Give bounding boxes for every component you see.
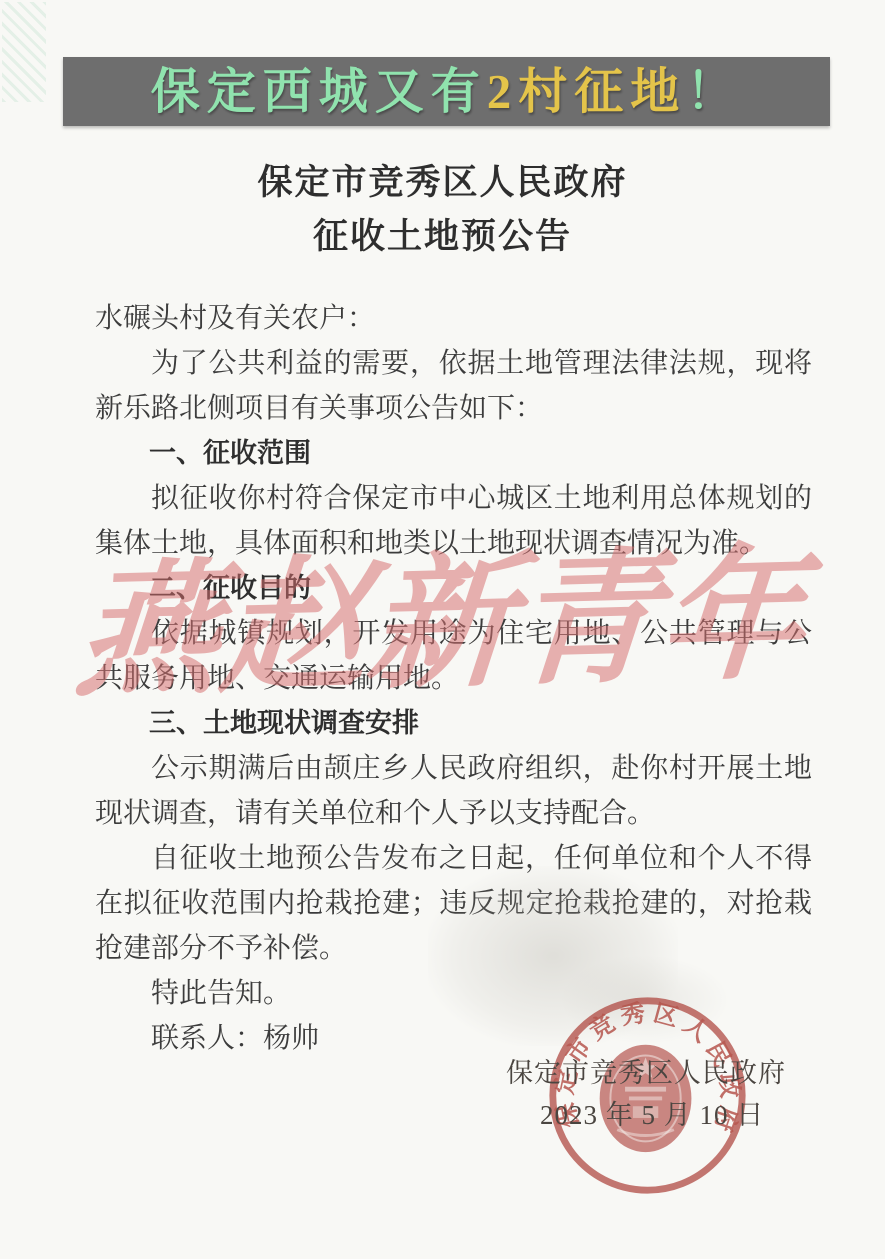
section-heading-2: 二、征收目的 <box>95 566 812 611</box>
signature-date: 2023 年 5 月 10 日 <box>540 1093 764 1132</box>
signature-org: 保定市竞秀区人民政府 <box>506 1051 786 1090</box>
corner-artifact <box>2 2 46 102</box>
headline-banner: 保定西城又有2村征地！ <box>63 57 830 126</box>
section-heading-1: 一、征收范围 <box>95 431 812 476</box>
salutation: 水碾头村及有关农户： <box>95 296 812 341</box>
title-line-1: 保定市竞秀区人民政府 <box>0 156 885 210</box>
banner-text-yellow: 2村征地 <box>487 67 687 116</box>
paragraph-survey: 公示期满后由颉庄乡人民政府组织，赴你村开展土地现状调查，请有关单位和个人予以支持… <box>95 746 812 836</box>
document-title: 保定市竞秀区人民政府 征收土地预公告 <box>0 156 885 264</box>
banner-exclamation: ！ <box>686 67 742 116</box>
paragraph-intro: 为了公共利益的需要，依据土地管理法律法规，现将新乐路北侧项目有关事项公告如下： <box>95 341 812 431</box>
announcement-page: 保定西城又有2村征地！ 保定市竞秀区人民政府 征收土地预公告 水碾头村及有关农户… <box>0 0 885 1259</box>
paragraph-scope: 拟征收你村符合保定市中心城区土地利用总体规划的集体土地，具体面积和地类以土地现状… <box>95 476 812 566</box>
section-heading-3: 三、土地现状调查安排 <box>95 701 812 746</box>
banner-text-green: 保定西城又有 <box>151 67 487 116</box>
paragraph-purpose: 依据城镇规划，开发用途为住宅用地、公共管理与公共服务用地、交通运输用地。 <box>95 611 812 701</box>
title-line-2: 征收土地预公告 <box>0 210 885 264</box>
